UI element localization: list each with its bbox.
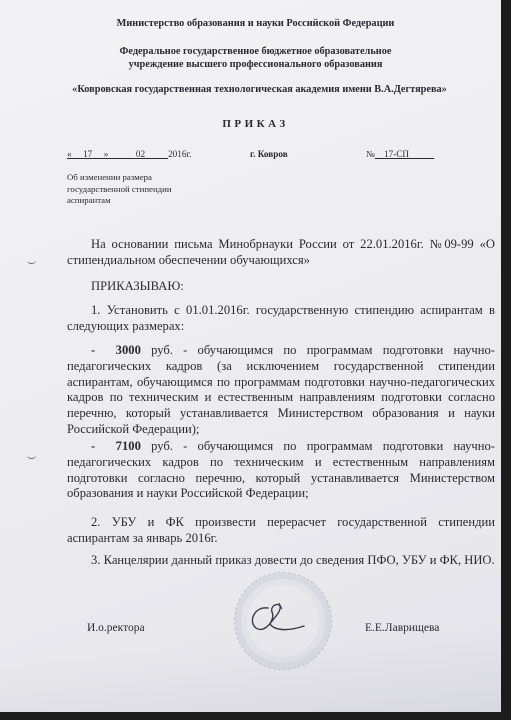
item-2: 2. УБУ и ФК произвести перерасчет госуда… <box>67 515 495 547</box>
academy-name: «Ковровская государственная технологичес… <box>4 84 501 95</box>
item-1: 1. Установить с 01.01.2016г. государстве… <box>67 303 495 335</box>
city: г. Ковров <box>250 149 288 159</box>
order-subject: Об изменении размера государственной сти… <box>67 172 172 207</box>
item-3: 3. Канцелярии данный приказ довести до с… <box>67 553 495 569</box>
signer-position: И.о.ректора <box>87 622 145 634</box>
amount-7100: 7100 <box>116 439 141 453</box>
sub-item-7100: - 7100 руб. - обучающимся по программам … <box>67 439 495 502</box>
signature-icon <box>246 600 310 636</box>
date-year: 2016г. <box>168 149 191 159</box>
order-number: № 17-СП <box>366 149 434 159</box>
document-title: ПРИКАЗ <box>0 118 501 130</box>
ministry-name: Министерство образования и науки Российс… <box>0 18 501 29</box>
sub-item-3000: - 3000 руб. - обучающимся по программам … <box>67 343 495 438</box>
punch-hole-mark <box>27 452 36 459</box>
order-word: ПРИКАЗЫВАЮ: <box>67 279 495 295</box>
institution-line-1: Федеральное государственное бюджетное об… <box>0 46 501 57</box>
document-page: Министерство образования и науки Российс… <box>0 0 501 712</box>
order-date: « 17 » 02 2016г. <box>67 149 191 159</box>
institution-line-2: учреждение высшего профессионального обр… <box>0 59 501 70</box>
amount-3000: 3000 <box>116 343 141 357</box>
punch-hole-mark <box>27 257 36 264</box>
basis-paragraph: На основании письма Минобрнауки России о… <box>67 237 495 269</box>
number-field: 17-СП <box>375 149 434 159</box>
date-day-field: « 17 » 02 <box>67 149 168 159</box>
number-label: № <box>366 149 375 159</box>
signer-name: Е.Е.Лаврищева <box>365 622 439 634</box>
